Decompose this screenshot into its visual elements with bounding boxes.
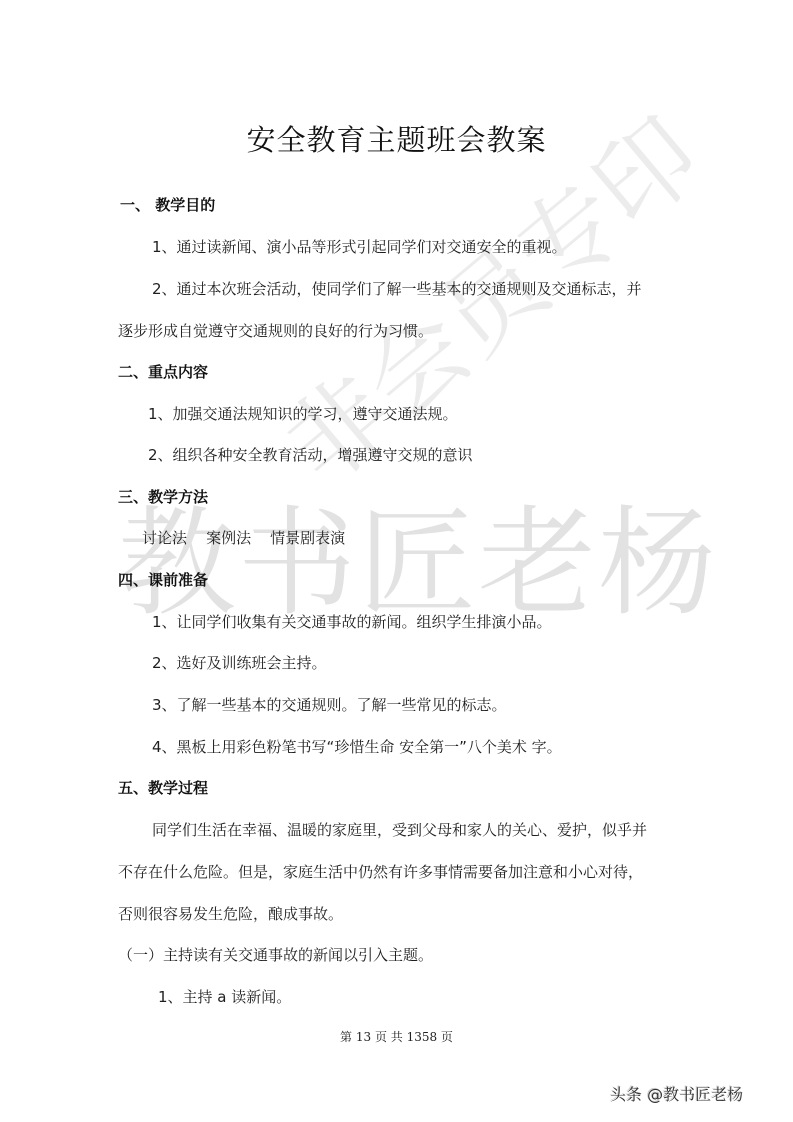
section-1-line-2: 2、通过本次班会活动，使同学们了解一些基本的交通规则及交通标志，并	[152, 278, 642, 299]
section-4-line-2: 2、选好及训练班会主持。	[152, 652, 327, 673]
section-2-line-1: 1、加强交通法规知识的学习，遵守交通法规。	[148, 403, 458, 424]
document-title: 安全教育主题班会教案	[0, 118, 793, 159]
section-3-line-1: 讨论法 案例法 情景剧表演	[142, 527, 345, 548]
document-page: 非会员专印 教书匠老杨 安全教育主题班会教案 一、 教学目的 1、通过读新闻、演…	[0, 0, 793, 1122]
section-heading-5: 五、教学过程	[118, 777, 208, 798]
section-5-line-2: 不存在什么危险。但是，家庭生活中仍然有许多事情需要备加注意和小心对待，	[118, 861, 643, 882]
section-5-line-5: 1、主持 a 读新闻。	[158, 986, 291, 1007]
section-heading-3: 三、教学方法	[118, 486, 208, 507]
section-5-line-1: 同学们生活在幸福、温暖的家庭里，受到父母和家人的关心、爱护，似乎并	[152, 819, 647, 840]
section-4-line-3: 3、了解一些基本的交通规则。了解一些常见的标志。	[152, 694, 507, 715]
section-2-line-2: 2、组织各种安全教育活动，增强遵守交规的意识	[148, 444, 473, 465]
section-1-line-3: 逐步形成自觉遵守交通规则的良好的行为习惯。	[118, 320, 433, 341]
section-5-line-3: 否则很容易发生危险，酿成事故。	[118, 903, 343, 924]
section-heading-1: 一、 教学目的	[120, 194, 215, 215]
section-heading-2: 二、重点内容	[118, 361, 208, 382]
section-4-line-1: 1、让同学们收集有关交通事故的新闻。组织学生排演小品。	[152, 611, 552, 632]
section-5-line-4: （一）主持读有关交通事故的新闻以引入主题。	[118, 944, 433, 965]
section-heading-4: 四、课前准备	[118, 569, 208, 590]
section-4-line-4: 4、黑板上用彩色粉笔书写“珍惜生命 安全第一”八个美术 字。	[152, 736, 562, 757]
page-footer: 第 13 页 共 1358 页	[0, 1028, 793, 1045]
section-1-line-1: 1、通过读新闻、演小品等形式引起同学们对交通安全的重视。	[152, 236, 567, 257]
credit-watermark: 头条 @教书匠老杨	[610, 1082, 743, 1105]
